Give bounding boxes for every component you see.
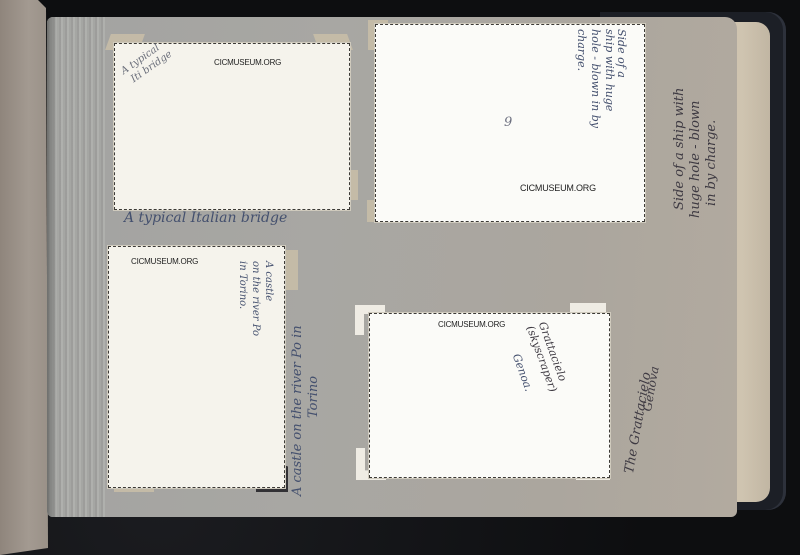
photo-bottom-right: CICMUSEUM.ORG Grattacielo (skyscraper) G…	[369, 313, 610, 478]
photo-top-right: CICMUSEUM.ORG 9 Side of a ship with huge…	[375, 24, 645, 222]
caption-top-right-line: huge hole - blown	[688, 101, 703, 218]
caption-top-right-line: in by charge.	[704, 120, 719, 206]
binding-shadow	[47, 17, 57, 517]
watermark: CICMUSEUM.ORG	[520, 183, 596, 193]
back-note-line: hole - blown in by	[589, 29, 602, 128]
photo-corner	[284, 250, 298, 290]
back-note-line: on the river Po	[250, 261, 261, 336]
photo-bottom-left: CICMUSEUM.ORG A castle on the river Po i…	[108, 246, 285, 488]
back-note-line: Side of a	[615, 29, 628, 78]
back-note-line: charge.	[575, 29, 588, 71]
caption-bottom-left-line: Torino	[306, 376, 321, 418]
watermark: CICMUSEUM.ORG	[131, 257, 198, 266]
caption-top-left: A typical Italian bridge	[124, 210, 287, 226]
photo-number: 9	[504, 115, 512, 130]
back-note-line: ship with huge	[603, 29, 616, 111]
photo-top-left: CICMUSEUM.ORG A typical Iti bridge	[114, 43, 350, 210]
watermark: CICMUSEUM.ORG	[438, 320, 505, 329]
back-note-line: A castle	[263, 261, 274, 301]
back-note-line: in Torino.	[237, 261, 248, 309]
back-note-line: Genoa.	[510, 352, 536, 393]
caption-bottom-left-line: A castle on the river Po in	[290, 325, 305, 496]
watermark: CICMUSEUM.ORG	[214, 58, 281, 67]
left-page	[0, 0, 48, 555]
caption-top-right-line: Side of a ship with	[672, 88, 687, 210]
